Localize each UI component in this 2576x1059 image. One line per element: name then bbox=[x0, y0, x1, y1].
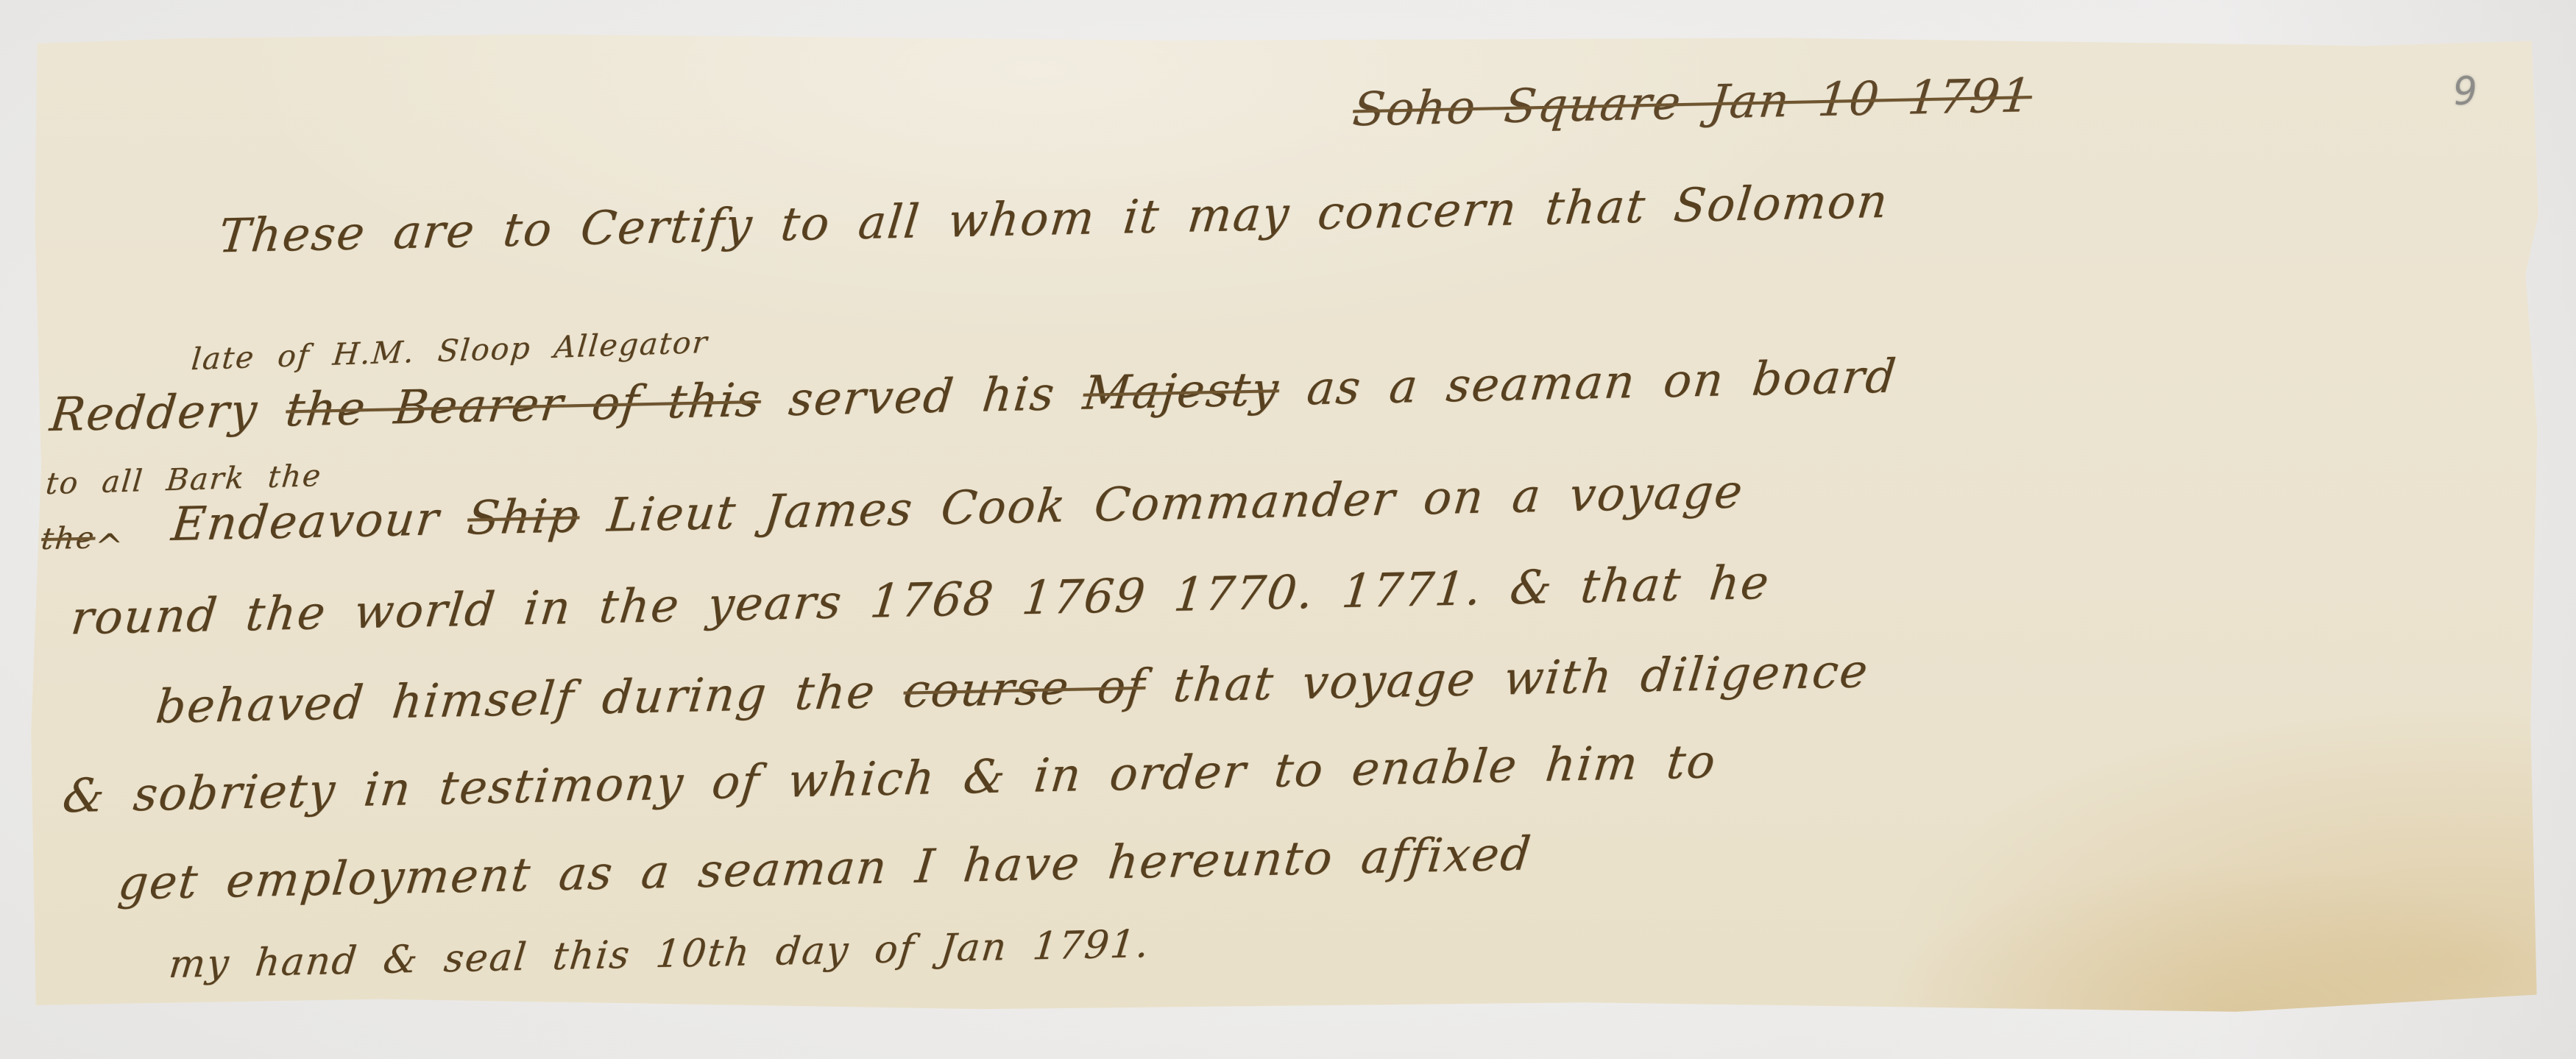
line2-end: as a seaman on board bbox=[1276, 349, 1900, 416]
manuscript-line-7: get employment as a seaman I have hereun… bbox=[116, 826, 1535, 910]
manuscript-line-6: & sobriety in testimony of which & in or… bbox=[60, 734, 1719, 823]
manuscript-line-5: behaved himself during the course of tha… bbox=[153, 644, 1871, 734]
heading-dateline-struck: Soho Square Jan 10 1791 bbox=[1351, 68, 2035, 136]
interlinear-insertion-line2: late of H.M. Sloop Allegator bbox=[190, 325, 710, 377]
line5-end: that voyage with diligence bbox=[1143, 644, 1872, 713]
manuscript-line-4: round the world in the years 1768 1769 1… bbox=[68, 556, 1772, 645]
folio-number: 9 bbox=[2452, 68, 2479, 114]
line8-text: my hand & seal this 10th day of Jan 1791… bbox=[167, 922, 1153, 987]
manuscript-line-8: my hand & seal this 10th day of Jan 1791… bbox=[167, 922, 1153, 987]
insertion-caret: ^ bbox=[92, 526, 126, 567]
line2-strikethrough-bearer: the Bearer of this bbox=[283, 373, 764, 437]
line1-text: These are to Certify to all whom it may … bbox=[216, 174, 1892, 263]
line3-strikethrough-the: the bbox=[40, 520, 97, 556]
line3-rest: Lieut James Cook Commander on a voyage bbox=[577, 464, 1747, 542]
manuscript-line-1: These are to Certify to all whom it may … bbox=[216, 174, 1892, 263]
margin-strike-line3: the^ bbox=[40, 516, 127, 558]
line3-strikethrough-ship: Ship bbox=[465, 489, 583, 545]
line5-strikethrough-course: course of bbox=[901, 659, 1148, 718]
line3-endeavour: Endeavour bbox=[169, 491, 470, 551]
line2-strikethrough-majesty: Majesty bbox=[1080, 362, 1281, 420]
line5-start: behaved himself during the bbox=[153, 665, 906, 734]
line6-text: & sobriety in testimony of which & in or… bbox=[60, 734, 1719, 823]
line4-text: round the world in the years 1768 1769 1… bbox=[68, 556, 1772, 645]
manuscript-line-3: Endeavour Ship Lieut James Cook Commande… bbox=[169, 464, 1747, 551]
manuscript-paper: Soho Square Jan 10 1791 9 These are to C… bbox=[29, 26, 2542, 1019]
line7-text: get employment as a seaman I have hereun… bbox=[116, 826, 1535, 910]
line2-mid: served his bbox=[758, 366, 1086, 427]
line2-start: Reddery bbox=[48, 383, 289, 442]
